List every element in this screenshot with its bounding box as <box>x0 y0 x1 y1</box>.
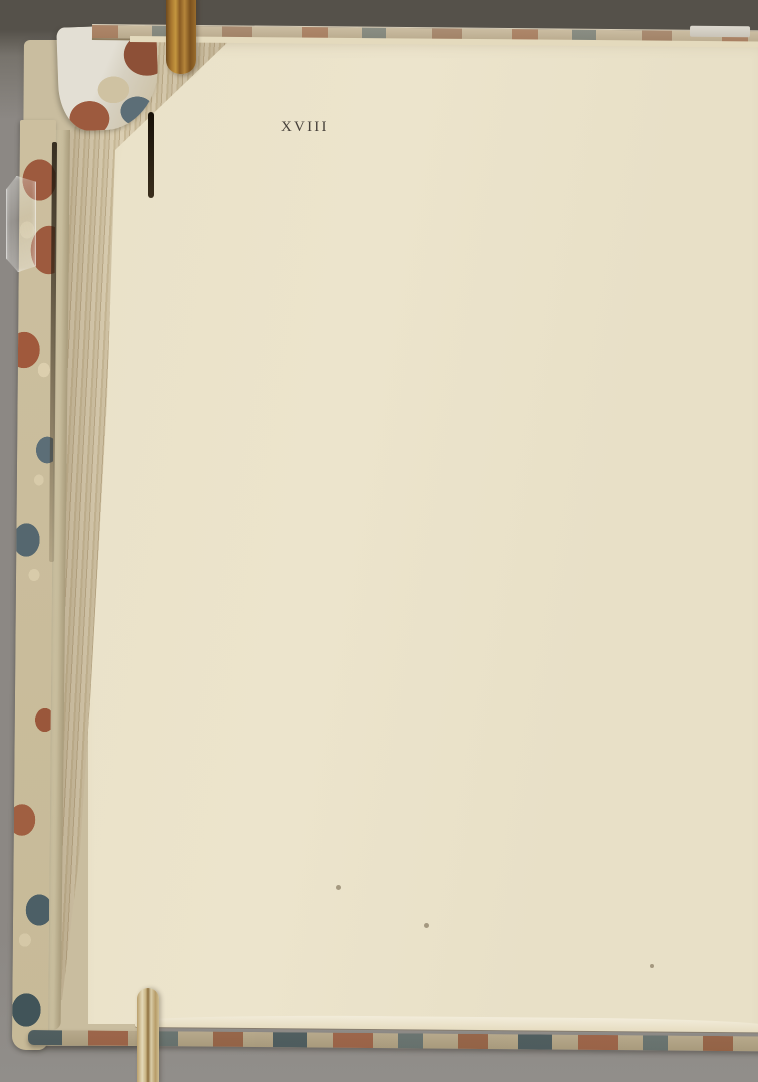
photo-backdrop: XVIII har varit okändt för alla Olai Mar… <box>0 0 758 1082</box>
book-page <box>88 38 758 1024</box>
plastic-tab <box>6 176 36 272</box>
page-number: XVIII <box>281 119 329 136</box>
bamboo-stick-top <box>166 0 196 74</box>
paper-speck <box>424 923 429 928</box>
paper-speck <box>336 885 341 890</box>
paper-speck <box>650 964 654 968</box>
wooden-stick-bottom <box>137 988 159 1082</box>
binding-gap <box>148 112 154 198</box>
top-edge-patch <box>690 26 750 38</box>
